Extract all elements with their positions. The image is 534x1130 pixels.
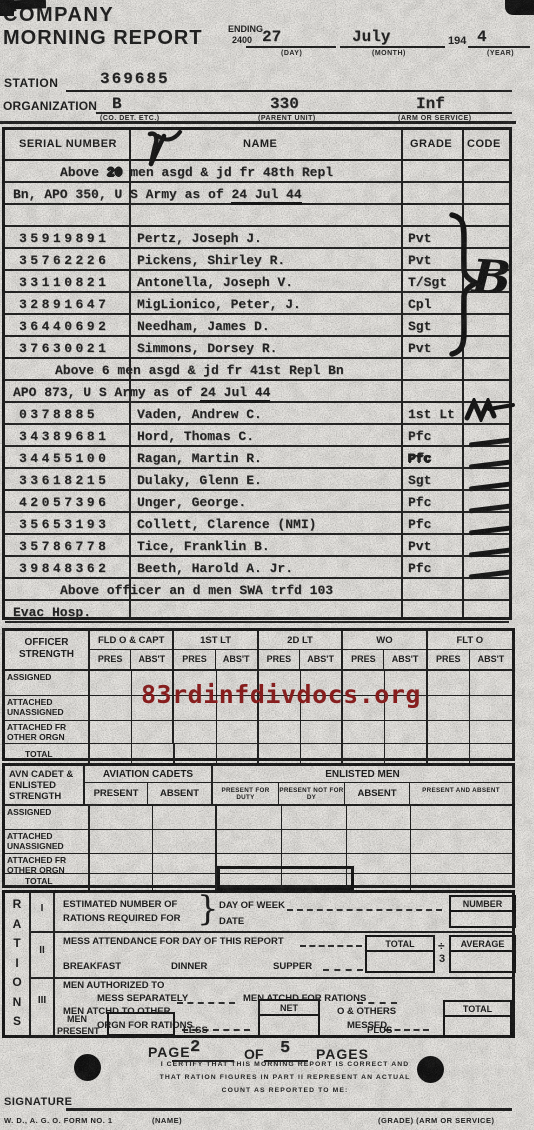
day-value: 27 [262, 28, 281, 46]
serial-number: 36440692 [19, 319, 109, 334]
rations-section: RATIONS I II III ESTIMATED NUMBER OF RAT… [2, 890, 515, 1038]
total-box-label: TOTAL [367, 937, 433, 952]
serial-number: 37630021 [19, 341, 109, 356]
roster-table: SERIAL NUMBER NAME GRADE CODE Above 20 m… [2, 127, 512, 620]
roster-row: 35786778Tice, Franklin B.Pvt [5, 535, 509, 557]
strength-cell [217, 830, 282, 853]
serial-number: 35653193 [19, 517, 109, 532]
strength-cell [411, 830, 512, 853]
page-number: 2 [190, 1038, 200, 1057]
grade: Pfc [408, 451, 431, 466]
soldier-name: Tice, Franklin B. [137, 539, 270, 554]
certification-line1: I CERTIFY THAT THIS MORNING REPORT IS CO… [100, 1058, 470, 1071]
soldier-name: Unger, George. [137, 495, 246, 510]
roster-row: 42057396Unger, George.Pfc [5, 491, 509, 513]
strength-cell [90, 721, 132, 743]
serial-number: 33618215 [19, 473, 109, 488]
serial-number: 39848362 [19, 561, 109, 576]
men-authorized-label: MEN AUTHORIZED TO [63, 980, 164, 991]
fill-line [323, 969, 363, 971]
strength-cell [90, 671, 132, 695]
morning-report-scan: COMPANY MORNING REPORT ENDING 2400 27 Ju… [0, 0, 534, 1130]
strength-row: ATTACHED FR OTHER ORGN [5, 721, 512, 744]
strength-row-label: ASSIGNED [5, 806, 90, 829]
serial-number: 33110821 [19, 275, 109, 290]
part-ii-numeral: II [33, 945, 51, 956]
roster-row: APO 873, U S Army as of 24 Jul 44 [5, 381, 509, 403]
roster-row: Above 6 men asgd & jd fr 41st Repl Bn [5, 359, 509, 381]
printed-brace: } [197, 889, 219, 929]
group-label: FLD O & CAPT [90, 631, 172, 650]
strength-cell [90, 854, 153, 873]
handwritten-dash-mark [469, 569, 511, 579]
grade: Pfc [408, 561, 431, 576]
fill-line [177, 1002, 235, 1004]
strength-group: FLT O PRESABS'T [428, 631, 512, 671]
day-of-week-label: DAY OF WEEK [219, 900, 285, 911]
strength-row-label: TOTAL [5, 744, 90, 764]
strength-cell [428, 671, 470, 695]
month-caption: (MONTH) [372, 50, 406, 57]
rations-letter: S [13, 1012, 21, 1032]
handwritten-code-letter: B [471, 249, 513, 305]
soldier-name: MigLionico, Peter, J. [137, 297, 301, 312]
strength-cell [90, 830, 153, 853]
column-header-grade: GRADE [410, 138, 452, 150]
strength-cell [411, 806, 512, 829]
grade: Pfc [408, 517, 431, 532]
rations-divider [29, 931, 515, 933]
strength-cell [301, 721, 343, 743]
roster-note: Evac Hosp. [13, 605, 91, 620]
organization-label: ORGANIZATION [3, 99, 97, 113]
strength-row-label: ATTACHED FR OTHER ORGN [5, 721, 90, 743]
pages-count: 5 [280, 1039, 290, 1058]
aviation-cadets-group: AVIATION CADETS PRESENT ABSENT [85, 766, 213, 806]
year-underline [468, 46, 530, 48]
men-present-box [107, 1012, 175, 1036]
group-label: FLT O [428, 631, 512, 650]
divide-sign: ÷ [438, 939, 445, 953]
organization-underline [96, 112, 512, 114]
roster-note: APO 873, U S Army as of 24 Jul 44 [13, 385, 270, 400]
name-caption: (NAME) [152, 1116, 182, 1125]
roster-row: 39848362Beeth, Harold A. Jr.Pfc [5, 557, 509, 579]
strength-cell [90, 744, 132, 764]
less-label: LESS [183, 1025, 208, 1036]
strength-cell [217, 744, 259, 764]
arm-value: Inf [416, 95, 445, 113]
strength-row-label: TOTAL [5, 874, 90, 891]
strength-row: TOTAL [5, 744, 512, 764]
divide-by-three: 3 [439, 953, 445, 965]
net-box: NET [258, 999, 320, 1038]
grade: Pvt [408, 231, 431, 246]
roster-row [5, 205, 509, 227]
strength-cell [343, 744, 385, 764]
strength-row-label: ATTACHED FR OTHER ORGN [5, 854, 90, 873]
grade-caption: (GRADE) (ARM OR SERVICE) [378, 1116, 494, 1125]
plus-label: PLUS [367, 1025, 392, 1036]
enlisted-strength-table: AVN CADET & ENLISTED STRENGTH AVIATION C… [2, 763, 515, 888]
fill-line [300, 945, 362, 947]
serial-number: 34455100 [19, 451, 109, 466]
number-box-label: NUMBER [451, 897, 514, 912]
roster-row: Above officer an d men SWA trfd 103 [5, 579, 509, 601]
serial-number: 32891647 [19, 297, 109, 312]
rations-divider [29, 977, 515, 979]
part-iii-numeral: III [33, 995, 51, 1006]
ending-time-label: 2400 [232, 35, 252, 45]
strength-cell [411, 874, 512, 891]
mess-separately-label: MESS SEPARATELY [97, 993, 188, 1004]
part-i-numeral: I [33, 903, 51, 914]
roster-row: 0378885Vaden, Andrew C.1st Lt [5, 403, 509, 425]
sub-label-pres: PRES [259, 650, 300, 669]
rations-divider [53, 893, 55, 1035]
roster-note: Bn, APO 350, U S Army as of 24 Jul 44 [13, 187, 302, 202]
strength-cell [470, 696, 512, 720]
soldier-name: Dulaky, Glenn E. [137, 473, 262, 488]
year-caption: (YEAR) [487, 50, 514, 57]
group-label: WO [343, 631, 425, 650]
strength-cell [90, 874, 153, 891]
certification-line3: COUNT AS REPORTED TO ME: [100, 1084, 470, 1097]
rations-letter: O [12, 973, 21, 993]
underlined-date: 24 Jul 44 [200, 385, 270, 403]
roster-row: 33618215Dulaky, Glenn E.Sgt [5, 469, 509, 491]
rations-letter: A [13, 915, 22, 935]
strength-group: WO PRESABS'T [343, 631, 427, 671]
serial-number: 34389681 [19, 429, 109, 444]
strength-cell [153, 830, 216, 853]
sub-label-pres: PRES [343, 650, 384, 669]
roster-row: 33110821Antonella, Joseph V.T/Sgt [5, 271, 509, 293]
roster-row: 34455100Ragan, Martin R.Pfc [5, 447, 509, 469]
rations-vertical-label: RATIONS [5, 895, 29, 1032]
station-label: STATION [4, 76, 58, 90]
strength-row-label: ATTACHED UNASSIGNED [5, 830, 90, 853]
strength-cell [175, 744, 217, 764]
strength-row-label: ASSIGNED [5, 671, 90, 695]
officer-strength-corner-label: OFFICER STRENGTH [5, 631, 90, 671]
day-underline [246, 46, 336, 48]
strength-row-label: ATTACHED UNASSIGNED [5, 696, 90, 720]
sub-label-abst: ABS'T [216, 650, 257, 669]
certification-text: I CERTIFY THAT THIS MORNING REPORT IS CO… [100, 1058, 470, 1097]
roster-row: Evac Hosp. [5, 601, 509, 623]
signature-line [66, 1108, 512, 1111]
strength-row: ATTACHED UNASSIGNED [5, 830, 512, 854]
strength-group: 2D LT PRESABS'T [259, 631, 343, 671]
sub-label-abst: ABS'T [384, 650, 425, 669]
roster-row: 35919891Pertz, Joseph J.Pvt [5, 227, 509, 249]
roster-row: 36440692Needham, James D.Sgt [5, 315, 509, 337]
grade: Pvt [408, 253, 431, 268]
column-line [462, 130, 464, 617]
roster-row: 35762226Pickens, Shirley R.Pvt [5, 249, 509, 271]
station-value: 369685 [100, 70, 170, 88]
rations-letter: T [13, 934, 20, 954]
handwritten-dash-mark [469, 481, 511, 491]
rations-estimated-label1: ESTIMATED NUMBER OF [63, 899, 177, 910]
certification-line2: THAT RATION FIGURES IN PART II REPRESENT… [100, 1071, 470, 1084]
soldier-name: Beeth, Harold A. Jr. [137, 561, 293, 576]
ending-label: ENDING [228, 24, 263, 34]
column-header-code: CODE [467, 138, 501, 150]
soldier-name: Collett, Clarence (NMI) [137, 517, 316, 532]
form-title-line2: MORNING REPORT [3, 27, 203, 50]
grade: 1st Lt [408, 407, 455, 422]
strength-cell [428, 696, 470, 720]
roster-note: Above officer an d men SWA trfd 103 [60, 583, 333, 598]
group-label: 2D LT [259, 631, 341, 650]
breakfast-label: BREAKFAST [63, 961, 121, 972]
column-header-name: NAME [243, 138, 277, 150]
strength-cell [259, 744, 301, 764]
grade: Pvt [408, 539, 431, 554]
rations-letter: I [15, 954, 18, 974]
strength-cell [90, 696, 132, 720]
sub-label: PRESENT FOR DUTY [213, 783, 279, 804]
handwritten-dash-mark [469, 503, 511, 513]
serial-number: 35762226 [19, 253, 109, 268]
mess-attendance-label: MESS ATTENDANCE FOR DAY OF THIS REPORT [63, 936, 284, 947]
roster-row: 35653193Collett, Clarence (NMI)Pfc [5, 513, 509, 535]
scan-artifact [0, 0, 14, 16]
group-label: AVIATION CADETS [85, 766, 211, 783]
total-box: TOTAL [365, 935, 435, 973]
sub-label-pres: PRES [428, 650, 470, 669]
strength-group: FLD O & CAPT PRESABS'T [90, 631, 174, 671]
parent-unit-value: 330 [270, 95, 299, 113]
average-box-label: AVERAGE [451, 937, 514, 952]
soldier-name: Pickens, Shirley R. [137, 253, 285, 268]
grade: Sgt [408, 473, 431, 488]
roster-row: 32891647MigLionico, Peter, J.Cpl [5, 293, 509, 315]
group-label: 1ST LT [174, 631, 256, 650]
serial-number: 35786778 [19, 539, 109, 554]
enlisted-strength-corner-label: AVN CADET & ENLISTED STRENGTH [5, 766, 85, 806]
present-label: PRESENT [57, 1026, 100, 1036]
strength-cell [282, 806, 347, 829]
handwritten-total-box [217, 866, 354, 891]
total-box-2: TOTAL [443, 1000, 512, 1037]
strength-cell [347, 830, 411, 853]
soldier-name: Antonella, Joseph V. [137, 275, 293, 290]
strength-cell [217, 721, 259, 743]
sub-label: ABSENT [148, 783, 211, 804]
soldier-name: Vaden, Andrew C. [137, 407, 262, 422]
sub-label-pres: PRES [90, 650, 131, 669]
roster-row: Above 20 men asgd & jd fr 48th Repl [5, 161, 509, 183]
strength-row: ASSIGNED [5, 806, 512, 830]
roster-row: 34389681Hord, Thomas C.Pfc [5, 425, 509, 447]
soldier-name: Simmons, Dorsey R. [137, 341, 277, 356]
average-box: AVERAGE [449, 935, 516, 973]
soldier-name: Needham, James D. [137, 319, 270, 334]
grade: Sgt [408, 319, 431, 334]
handwritten-dash-mark [469, 437, 511, 447]
officer-strength-header: OFFICER STRENGTH FLD O & CAPT PRESABS'T … [5, 631, 512, 671]
grade: Pfc [408, 429, 431, 444]
day-caption: (DAY) [281, 50, 302, 57]
handwritten-dash-mark [469, 459, 511, 469]
strength-cell [153, 854, 216, 873]
strength-cell [428, 721, 470, 743]
punch-hole [74, 1054, 101, 1081]
strength-cell [411, 854, 512, 873]
group-label: ENLISTED MEN [213, 766, 512, 783]
grade: Pvt [408, 341, 431, 356]
strength-cell [470, 744, 512, 764]
scan-artifact [505, 0, 534, 15]
company-value: B [112, 95, 122, 113]
strength-cell [217, 806, 282, 829]
enlisted-strength-header: AVN CADET & ENLISTED STRENGTH AVIATION C… [5, 766, 512, 806]
strength-cell [153, 806, 216, 829]
enlisted-men-group: ENLISTED MEN PRESENT FOR DUTY PRESENT NO… [213, 766, 512, 806]
roster-header-row: SERIAL NUMBER NAME GRADE CODE [5, 130, 509, 161]
roster-rows: Above 20 men asgd & jd fr 48th ReplBn, A… [5, 161, 509, 623]
strength-cell [347, 806, 411, 829]
rations-estimated-label2: RATIONS REQUIRED FOR [63, 913, 181, 924]
serial-number: 42057396 [19, 495, 109, 510]
net-box-label: NET [260, 1001, 318, 1016]
strength-cell [470, 671, 512, 695]
rations-letter: R [13, 895, 22, 915]
signature-label: SIGNATURE [4, 1096, 72, 1108]
fill-line [287, 909, 442, 911]
roster-note: Above 6 men asgd & jd fr 41st Repl Bn [55, 363, 344, 378]
soldier-name: Hord, Thomas C. [137, 429, 254, 444]
underlined-date: 24 Jul 44 [231, 187, 301, 205]
year-value: 4 [477, 28, 487, 46]
grade: T/Sgt [408, 275, 447, 290]
o-and-others-label: O & OTHERS [337, 1006, 396, 1017]
sub-label: PRESENT AND ABSENT [410, 783, 512, 804]
grade: Pfc [408, 495, 431, 510]
strength-group: 1ST LT PRESABS'T [174, 631, 258, 671]
column-line [129, 130, 131, 617]
handwritten-dash-mark [469, 525, 511, 535]
strength-cell [259, 721, 301, 743]
section-divider [0, 121, 516, 124]
rations-divider [29, 893, 31, 1035]
sub-label-abst: ABS'T [131, 650, 172, 669]
strength-cell [428, 744, 470, 764]
strength-cell [347, 854, 411, 873]
rations-letter: N [13, 993, 22, 1013]
handwritten-checkmark [142, 128, 188, 168]
total-box-2-label: TOTAL [445, 1002, 510, 1017]
fill-line [357, 1002, 397, 1004]
column-line [401, 130, 403, 617]
overtyped-number: 20 [107, 165, 123, 180]
grade: Cpl [408, 297, 431, 312]
strength-cell [385, 744, 427, 764]
punch-hole [417, 1056, 444, 1083]
sub-label: ABSENT [345, 783, 410, 804]
roster-row: 37630021Simmons, Dorsey R.Pvt [5, 337, 509, 359]
roster-row: Bn, APO 350, U S Army as of 24 Jul 44 [5, 183, 509, 205]
strength-cell [132, 721, 174, 743]
sub-label-abst: ABS'T [470, 650, 512, 669]
strength-cell [347, 874, 411, 891]
serial-number: 0378885 [19, 407, 98, 422]
sub-label: PRESENT [85, 783, 148, 804]
dinner-label: DINNER [171, 961, 207, 972]
month-underline [340, 46, 445, 48]
supper-label: SUPPER [273, 961, 312, 972]
men-label: MEN [67, 1014, 87, 1024]
sub-label-pres: PRES [174, 650, 215, 669]
handwritten-dash-mark [469, 547, 511, 557]
serial-number: 35919891 [19, 231, 109, 246]
strength-cell [90, 806, 153, 829]
number-box: NUMBER [449, 895, 516, 928]
strength-cell [343, 721, 385, 743]
form-number: W. D., A. G. O. FORM NO. 1 [4, 1116, 113, 1125]
sub-label: PRESENT NOT FOR DY [279, 783, 345, 804]
soldier-name: Ragan, Martin R. [137, 451, 262, 466]
roster-note: Above 20 men asgd & jd fr 48th Repl [60, 165, 333, 180]
strength-cell [301, 744, 343, 764]
year-printed-prefix: 194 [448, 35, 466, 47]
month-value: July [352, 28, 390, 46]
handwritten-scribble-mark [463, 398, 515, 422]
date-label: DATE [219, 916, 244, 927]
soldier-name: Pertz, Joseph J. [137, 231, 262, 246]
column-header-serial: SERIAL NUMBER [19, 138, 117, 150]
strength-cell [385, 721, 427, 743]
sub-label-abst: ABS'T [300, 650, 341, 669]
strength-cell [132, 744, 174, 764]
strength-cell [282, 830, 347, 853]
strength-cell [174, 721, 216, 743]
watermark: 83rdinfdivdocs.org [141, 680, 421, 709]
station-underline [66, 90, 512, 92]
strength-cell [470, 721, 512, 743]
